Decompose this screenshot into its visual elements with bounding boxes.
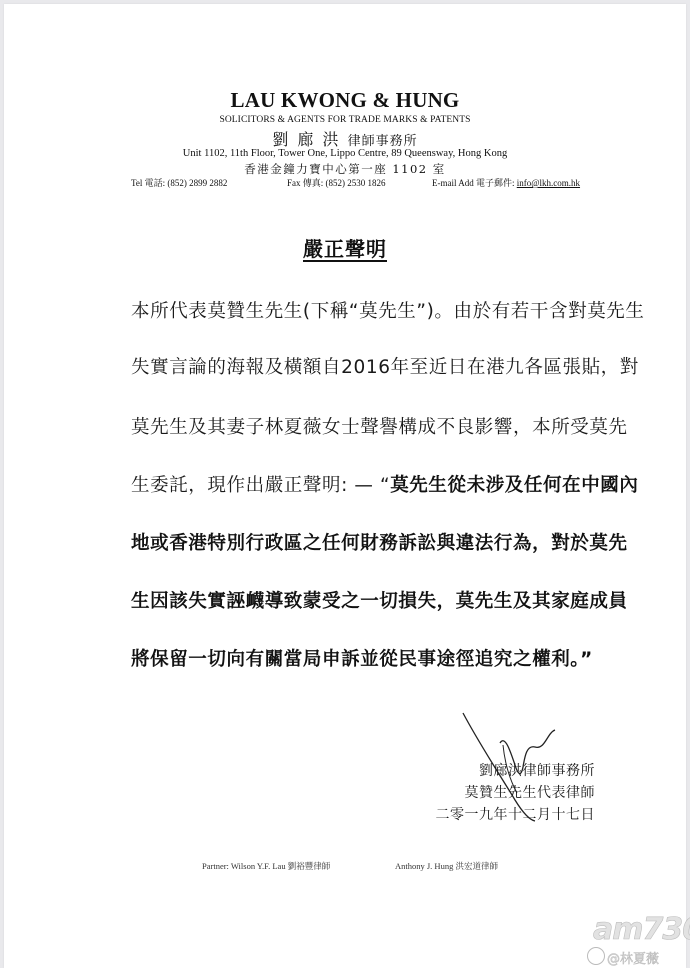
signoff-date: 二零一九年十二月十七日 [436,804,596,824]
address-english: Unit 1102, 11th Floor, Tower One, Lippo … [0,148,690,159]
address-chinese: 香港金鐘力寶中心第一座 1102 室 [0,161,690,177]
firm-name: LAU KWONG & HUNG [0,88,690,113]
email-link[interactable]: info@lkh.com.hk [517,178,580,188]
email-label: E-mail Add 電子郵件: [432,178,517,188]
body-line-1: 本所代表莫贊生先生(下稱“莫先生”)。由於有若干含對莫先生 [131,297,601,323]
statement-title-text: 嚴正聲明 [303,237,387,261]
watermark-brand: am730 [593,912,690,947]
body-line-7: 將保留一切向有關當局申訴並從民事途徑追究之權利。” [131,645,601,671]
body-line-6: 生因該失實誣衊導致蒙受之一切損失，莫先生及其家庭成員 [131,587,601,613]
firm-subtitle: SOLICITORS & AGENTS FOR TRADE MARKS & PA… [0,115,690,125]
partner-2: Anthony J. Hung 洪宏道律師 [395,860,498,872]
signoff-firm: 劉廊洪律師事務所 [479,760,595,780]
telephone: Tel 電話: (852) 2899 2882 [131,176,227,189]
body-line-4: 生委託，現作出嚴正聲明: — “莫先生從未涉及任何在中國內 [131,471,601,497]
body-line-3: 莫先生及其妻子林夏薇女士聲譽構成不良影響，本所受莫先 [131,413,601,439]
signoff-role: 莫贊生先生代表律師 [465,782,596,802]
partner-1: Partner: Wilson Y.F. Lau 劉裕豐律師 [202,860,330,872]
body-line-4-bold: 莫先生從未涉及任何在中國內 [390,475,638,496]
body-line-5-bold: 地或香港特別行政區之任何財務訴訟與違法行為，對於莫先 [131,533,628,554]
body-line-5: 地或香港特別行政區之任何財務訴訟與違法行為，對於莫先 [131,529,601,555]
firm-suffix-cn: 律師事務所 [348,134,418,149]
firm-name-cn: 劉 廊 洪 [272,130,340,149]
body-line-4-normal: 生委託，現作出嚴正聲明: — “ [131,475,390,496]
fax: Fax 傳真: (852) 2530 1826 [287,176,386,189]
body-line-7-bold: 將保留一切向有關當局申訴並從民事途徑追究之權利。” [131,649,593,670]
weibo-logo-icon [587,947,605,965]
watermark: am730 @林夏薇 [585,910,690,968]
email-line: E-mail Add 電子郵件: info@lkh.com.hk [432,176,580,189]
firm-name-chinese: 劉 廊 洪 律師事務所 [0,127,690,150]
watermark-handle: @林夏薇 [607,948,659,967]
body-line-2: 失實言論的海報及橫額自2016年至近日在港九各區張貼，對 [131,353,601,379]
body-line-6-bold: 生因該失實誣衊導致蒙受之一切損失，莫先生及其家庭成員 [131,591,628,612]
statement-title: 嚴正聲明 [0,233,690,262]
